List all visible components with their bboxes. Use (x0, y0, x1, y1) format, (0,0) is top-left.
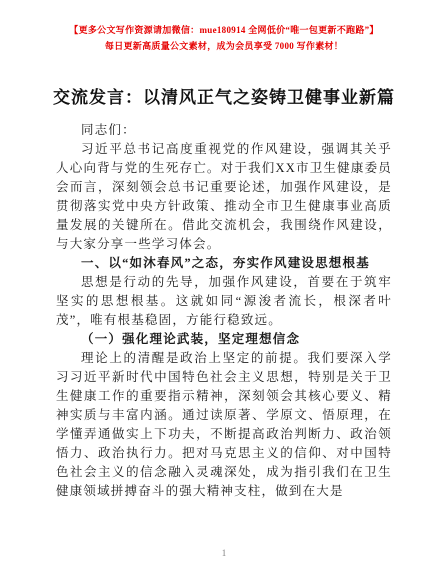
document-page: 【更多公文写作资源请加微信：mue180914 全网低价“唯一包更新不跑路”】 … (0, 0, 448, 580)
paragraph-section-1-body: 思想是行动的先导，加强作风建设，首要在于筑牢坚实的思想根基。这就如同“源浚者流长… (56, 273, 392, 330)
subsection-heading-1-1: （一）强化理论武装，坚定理想信念 (56, 330, 392, 349)
promo-header-line-2: 每日更新高质量公文素材，成为会员享受 7000 写作素材！ (0, 38, 448, 54)
promo-header-line-1: 【更多公文写作资源请加微信：mue180914 全网低价“唯一包更新不跑路”】 (0, 22, 448, 38)
page-number: 1 (0, 548, 448, 558)
document-title: 交流发言：以清风正气之姿铸卫健事业新篇 (0, 83, 448, 108)
promo-header: 【更多公文写作资源请加微信：mue180914 全网低价“唯一包更新不跑路”】 … (0, 0, 448, 54)
paragraph-salutation: 同志们： (56, 121, 392, 140)
document-body: 同志们： 习近平总书记高度重视党的作风建设，强调其关乎人心向背与党的生死存亡。对… (0, 121, 448, 501)
paragraph-intro: 习近平总书记高度重视党的作风建设，强调其关乎人心向背与党的生死存亡。对于我们XX… (56, 140, 392, 254)
paragraph-subsection-1-1-body: 理论上的清醒是政治上坚定的前提。我们要深入学习习近平新时代中国特色社会主义思想，… (56, 349, 392, 501)
section-heading-1: 一、以“如沐春风”之态，夯实作风建设思想根基 (56, 254, 392, 273)
